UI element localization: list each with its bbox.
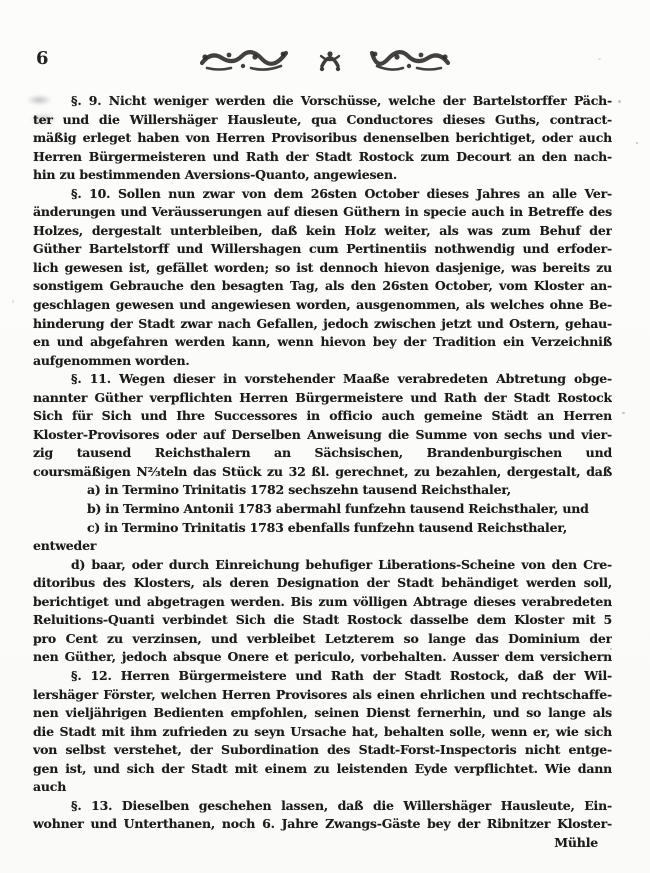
text-line: auch	[33, 778, 612, 797]
text-line: nen Güther, jedoch absque Onere et peric…	[33, 648, 612, 667]
text-line: Sich für Sich und Ihre Successores in of…	[33, 407, 612, 426]
document-page: 6	[0, 0, 650, 873]
text-line: gen ist, und sich der Stadt mit einem zu…	[33, 760, 612, 779]
text-line: ter und die Willershäger Hausleute, qua …	[33, 111, 612, 130]
text-line: pro Cent zu verzinsen, und verbleibet Le…	[33, 630, 612, 649]
text-line: zig tausend Reichsthalern an Sächsischen…	[33, 444, 612, 463]
text-line: coursmäßigen N⅔teln das Stück zu 32 ßl. …	[33, 463, 612, 482]
text-line: lich gewesen ist, gefället worden; so is…	[33, 259, 612, 278]
text-line: lershäger Förster, welchen Herren Provis…	[33, 686, 612, 705]
entweder-line: entweder	[33, 537, 612, 556]
floral-flourish-left-icon	[199, 48, 291, 74]
text-line: nen vieljährigen Bedienten empfohlen, se…	[33, 704, 612, 723]
paragraph-13: §. 13. Dieselben geschehen lassen, daß d…	[33, 797, 612, 834]
text-line: hinderung der Stadt zwar nach Gefallen, …	[33, 315, 612, 334]
paper-speck	[618, 100, 621, 103]
floral-flourish-right-icon	[369, 48, 451, 74]
text-line: aufgenommen worden.	[33, 352, 612, 371]
text-line: änderungen und Veräusserungen auf diesen…	[33, 203, 612, 222]
text-line: nannter Güther verpflichten Herren Bürge…	[33, 389, 612, 408]
paper-speck	[622, 412, 625, 414]
text-line: Herren Bürgermeisteren und Rath der Stad…	[33, 148, 612, 167]
text-line: Holzes, dergestalt unterbleiben, daß kei…	[33, 222, 612, 241]
text-line: Güther Bartelstorff und Willershagen cum…	[33, 240, 612, 259]
text-line: Kloster-Provisores oder auf Derselben An…	[33, 426, 612, 445]
text-column: §. 9. Nicht weniger werden die Vorschüss…	[33, 92, 612, 852]
text-line: mäßig erleget haben von Herren Provisori…	[33, 129, 612, 148]
text-line: §. 9. Nicht weniger werden die Vorschüss…	[33, 92, 612, 111]
text-line: hin zu bestimmenden Aversions-Quanto, an…	[33, 166, 612, 185]
paragraph-9: §. 9. Nicht weniger werden die Vorschüss…	[33, 92, 612, 185]
text-line: sonstigem Gebrauche den besagten Tag, al…	[33, 277, 612, 296]
floral-knot-center-icon	[317, 48, 343, 74]
text-line: d) baar, oder durch Einreichung behufige…	[33, 556, 612, 575]
list-item-c: c) in Termino Trinitatis 1783 ebenfalls …	[33, 519, 612, 538]
paragraph-11-intro: §. 11. Wegen dieser in vorstehender Maaß…	[33, 370, 612, 481]
text-line: §. 13. Dieselben geschehen lassen, daß d…	[33, 797, 612, 816]
header-ornament-row	[0, 44, 650, 78]
text-line: ditoribus des Klosters, als deren Design…	[33, 574, 612, 593]
text-line: die Stadt mit ihm zufrieden zu seyn Ursa…	[33, 723, 612, 742]
text-line: von selbst verstehet, der Subordination …	[33, 741, 612, 760]
text-line: §. 12. Herren Bürgermeistere und Rath de…	[33, 667, 612, 686]
text-line: wohner und Unterthanen, noch 6. Jahre Zw…	[33, 815, 612, 834]
text-line: §. 10. Sollen nun zwar von dem 26sten Oc…	[33, 185, 612, 204]
text-line: en und abgefahren werden kann, wenn hiev…	[33, 333, 612, 352]
paragraph-10: §. 10. Sollen nun zwar von dem 26sten Oc…	[33, 185, 612, 370]
list-item-a: a) in Termino Trinitatis 1782 sechszehn …	[33, 481, 612, 500]
paper-speck	[636, 142, 638, 144]
text-line: geschlagen gewesen und angewiesen worden…	[33, 296, 612, 315]
text-line: berichtiget und abgetragen werden. Bis z…	[33, 593, 612, 612]
text-line: §. 11. Wegen dieser in vorstehender Maaß…	[33, 370, 612, 389]
list-item-b: b) in Termino Antonii 1783 abermahl funf…	[33, 500, 612, 519]
text-line: Reluitions-Quanti verbindet Sich die Sta…	[33, 611, 612, 630]
paragraph-11-d: d) baar, oder durch Einreichung behufige…	[33, 556, 612, 667]
catchword: Mühle	[33, 834, 612, 853]
paper-speck	[12, 300, 14, 303]
paragraph-12: §. 12. Herren Bürgermeistere und Rath de…	[33, 667, 612, 797]
